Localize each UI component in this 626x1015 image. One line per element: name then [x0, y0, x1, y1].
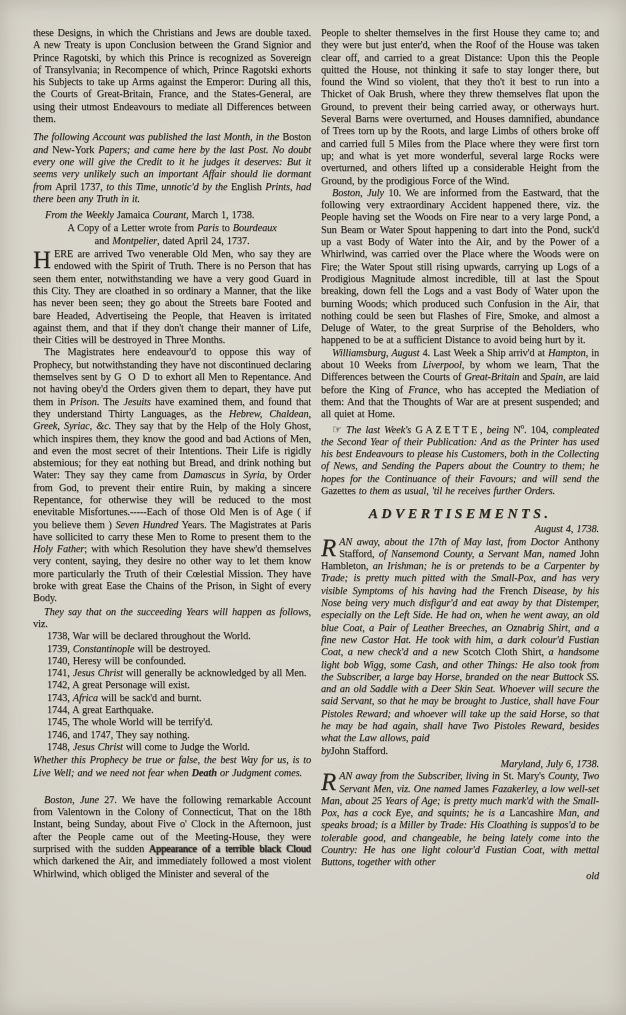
left-column: these Designs, in which the Christians a…	[33, 28, 311, 881]
right-column: People to shelter themselves in the firs…	[321, 28, 599, 883]
paragraph: 1744, A great Earthquake.	[33, 705, 311, 717]
drop-cap: H	[33, 249, 54, 271]
paragraph: Williamsburg, August 4. Last Week a Ship…	[321, 348, 599, 422]
paragraph: Maryland, July 6, 1738.	[321, 759, 599, 771]
paragraph: RAN away, about the 17th of May last, fr…	[321, 537, 599, 746]
paragraph: Whether this Prophecy be true or false, …	[33, 755, 311, 780]
paragraph: 1746, and 1747, They say nothing.	[33, 730, 311, 742]
paragraph: ☞ The last Week's GAZETTE, being No. 104…	[321, 424, 599, 499]
paragraph: old	[321, 871, 599, 883]
paragraph: They say that on the succeeding Years wi…	[33, 607, 311, 632]
paragraph: People to shelter themselves in the firs…	[321, 28, 599, 188]
paragraph: HERE are arrived Two venerable Old Men, …	[33, 249, 311, 347]
drop-cap: R	[321, 771, 339, 793]
signature: John Stafford.	[331, 746, 388, 757]
pointing-hand-icon: ☞	[332, 423, 342, 436]
paragraph: byJohn Stafford.	[321, 746, 599, 758]
paragraph: August 4, 1738.	[321, 524, 599, 536]
newspaper-page: these Designs, in which the Christians a…	[0, 0, 626, 1015]
paragraph: The following Account was published the …	[33, 132, 311, 206]
paragraph: A Copy of a Letter wrote from Paris to B…	[33, 223, 311, 248]
paragraph: 1738, War will be declared throughout th…	[33, 631, 311, 643]
paragraph: The Magistrates here endeavour'd to oppo…	[33, 347, 311, 605]
advertisements-heading: ADVERTISEMENTS.	[321, 507, 599, 523]
paragraph: 1739, Constantinople will be destroyed.	[33, 644, 311, 656]
paragraph: 1745, The whole World will be terrify'd.	[33, 717, 311, 729]
paragraph: 1741, Jesus Christ will generally be ack…	[33, 668, 311, 680]
paragraph: Boston, July 10. We are informed from th…	[321, 188, 599, 348]
paragraph: From the Weekly Jamaica Courant, March 1…	[33, 210, 311, 222]
paragraph: these Designs, in which the Christians a…	[33, 28, 311, 126]
paragraph: 1740, Heresy will be confounded.	[33, 656, 311, 668]
paragraph: 1743, Africa will be sack'd and burnt.	[33, 693, 311, 705]
paragraph: 1742, A great Personage will exist.	[33, 680, 311, 692]
paragraph: 1748, Jesus Christ will come to Judge th…	[33, 742, 311, 754]
drop-cap: R	[321, 537, 339, 559]
paragraph: RAN away from the Subscriber, living in …	[321, 771, 599, 869]
paragraph: Boston, June 27. We have the following r…	[33, 795, 311, 881]
